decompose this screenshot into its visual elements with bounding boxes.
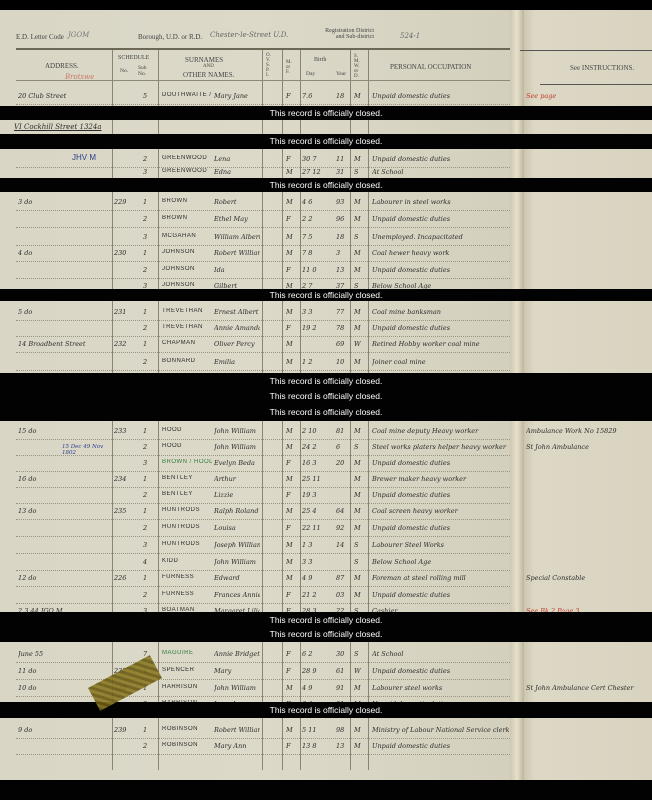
cell-ms: M bbox=[354, 459, 366, 467]
cell-day: 24 2 bbox=[302, 443, 332, 451]
closed-record-bar: This record is officially closed. bbox=[0, 178, 652, 192]
page-bottom-edge bbox=[0, 780, 652, 800]
row-rule bbox=[16, 370, 510, 371]
cell-sex: M bbox=[286, 558, 298, 566]
cell-ms: M bbox=[354, 684, 366, 692]
ed-letter-code-label: E.D. Letter Code bbox=[16, 33, 64, 41]
cell-note: See page bbox=[526, 92, 650, 100]
cell-ms: S bbox=[354, 443, 366, 451]
row-rule bbox=[16, 439, 510, 440]
cell-occ: Foreman at steel rolling mill bbox=[372, 574, 510, 582]
cell-ms: M bbox=[354, 358, 366, 366]
column-number-rule bbox=[16, 80, 510, 81]
cell-ms: M bbox=[354, 742, 366, 750]
cell-sex: F bbox=[286, 591, 298, 599]
row-rule bbox=[16, 503, 510, 504]
ed-letter-code-value: JGOM bbox=[68, 31, 89, 39]
grid-line bbox=[300, 50, 301, 90]
cell-surname: BENTLEY bbox=[162, 491, 212, 497]
cell-ms: M bbox=[354, 249, 366, 257]
table-row: 10 do2381HARRISONJohn WilliamM4 991MLabo… bbox=[0, 682, 510, 699]
cell-ms: M bbox=[354, 155, 366, 163]
instructions-rule bbox=[520, 50, 652, 51]
cell-year: 11 bbox=[336, 155, 350, 163]
col-occupation: PERSONAL OCCUPATION bbox=[390, 63, 471, 71]
cell-names: Ida bbox=[214, 266, 260, 274]
cell-surname: JOHNSON bbox=[162, 282, 212, 288]
cell-ms: M bbox=[354, 507, 366, 515]
table-row: 12 do2261FURNESSEdwardM4 987MForeman at … bbox=[0, 572, 510, 589]
closed-record-text: This record is officially closed. bbox=[0, 615, 652, 625]
cell-sub: 1 bbox=[143, 427, 155, 435]
cell-note: St John Ambulance bbox=[526, 443, 650, 451]
cell-surname: HOOD bbox=[162, 427, 212, 433]
cell-day: 13 8 bbox=[302, 742, 332, 750]
closed-record-text: This record is officially closed. bbox=[0, 290, 652, 300]
cell-surname: ROBINSON bbox=[162, 742, 212, 748]
cell-day: 25 11 bbox=[302, 475, 332, 483]
col-schedule: SCHEDULE bbox=[118, 55, 149, 61]
cell-year: 3 bbox=[336, 249, 350, 257]
cell-names: Lizzie bbox=[214, 491, 260, 499]
cell-year: 61 bbox=[336, 667, 350, 675]
cell-names: Frances Annie bbox=[214, 591, 260, 599]
cell-surname: GREENWOOD bbox=[162, 155, 212, 161]
cell-sex: M bbox=[286, 574, 298, 582]
cell-surname: DOUTHWAITE / RUTHERFORD bbox=[162, 92, 212, 98]
cell-ms: M bbox=[354, 266, 366, 274]
cell-day: 28 9 bbox=[302, 667, 332, 675]
cell-sex: F bbox=[286, 324, 298, 332]
cell-surname: FURNESS bbox=[162, 574, 212, 580]
cell-names: Mary Jane bbox=[214, 92, 260, 100]
table-row: 15 do2331HOODJohn WilliamM2 1081MCoal mi… bbox=[0, 425, 510, 442]
cell-sex: M bbox=[286, 443, 298, 451]
cell-sex: M bbox=[286, 475, 298, 483]
cell-names: Annie Bridget bbox=[214, 650, 260, 658]
closed-record-text: This record is officially closed. bbox=[0, 407, 652, 417]
cell-occ: Unpaid domestic duties bbox=[372, 215, 510, 223]
table-row: 3 do2291BROWNRobertM4 693MLabourer in st… bbox=[0, 196, 510, 213]
cell-sub: 3 bbox=[143, 168, 155, 176]
married-note: 15 Dec 49 Nov 1802 bbox=[62, 444, 112, 456]
cell-occ: Unpaid domestic duties bbox=[372, 459, 510, 467]
cell-names: Robert William bbox=[214, 249, 260, 257]
cell-sex: F bbox=[286, 92, 298, 100]
grid-line bbox=[158, 50, 159, 90]
table-row: 5 do2311TREVETHANErnest AlbertM3 377MCoa… bbox=[0, 306, 510, 323]
cell-sex: F bbox=[286, 742, 298, 750]
cell-occ: Unpaid domestic duties bbox=[372, 92, 510, 100]
cell-addr: 15 do bbox=[18, 427, 110, 435]
address-vi: VI Cockhill Street 1324a bbox=[14, 123, 102, 131]
cell-sub: 1 bbox=[143, 340, 155, 348]
cell-sub: 3 bbox=[143, 459, 155, 467]
cell-year: 6 bbox=[336, 443, 350, 451]
cell-year: 20 bbox=[336, 459, 350, 467]
cell-occ: Coal mine deputy Heavy worker bbox=[372, 427, 510, 435]
cell-year: 98 bbox=[336, 726, 350, 734]
table-row: 4 do2301JOHNSONRobert WilliamM7 83MCoal … bbox=[0, 247, 510, 264]
cell-ms: S bbox=[354, 541, 366, 549]
cell-names: William Albert bbox=[214, 233, 260, 241]
cell-names: John William bbox=[214, 558, 260, 566]
cell-sched: 226 bbox=[114, 574, 136, 582]
table-row: 4KIDDJohn WilliamM3 3SBelow School Age bbox=[0, 556, 510, 573]
row-rule bbox=[16, 662, 510, 663]
cell-occ: Unemployed. Incapacitated bbox=[372, 233, 510, 241]
cell-names: Annie Amanda bbox=[214, 324, 260, 332]
cell-occ: Steel works platers helper heavy worker bbox=[372, 443, 510, 451]
cell-surname: ROBINSON bbox=[162, 726, 212, 732]
cell-sub: 1 bbox=[143, 726, 155, 734]
cell-surname: BONNARD bbox=[162, 358, 212, 364]
cell-ms: M bbox=[354, 475, 366, 483]
row-rule bbox=[16, 227, 510, 228]
col-marital: S. M. W. or D. bbox=[354, 54, 361, 79]
grid-line bbox=[368, 50, 369, 90]
cell-names: Robert bbox=[214, 198, 260, 206]
table-row: 9 do2391ROBINSONRobert WilliamM5 1198MMi… bbox=[0, 724, 510, 741]
cell-surname: KIDD bbox=[162, 558, 212, 564]
row-rule bbox=[16, 245, 510, 246]
cell-surname: GREENWOOD bbox=[162, 168, 212, 174]
cell-sub: 1 bbox=[143, 249, 155, 257]
cell-sex: M bbox=[286, 340, 298, 348]
row-rule bbox=[16, 603, 510, 604]
cell-sub: 2 bbox=[143, 742, 155, 750]
cell-sched: 239 bbox=[114, 726, 136, 734]
row-rule bbox=[16, 570, 510, 571]
cell-ms: S bbox=[354, 233, 366, 241]
cell-day: 1 2 bbox=[302, 358, 332, 366]
row-rule bbox=[16, 278, 510, 279]
cell-sub: 1 bbox=[143, 507, 155, 515]
cell-occ: Labourer steel works bbox=[372, 684, 510, 692]
table-row: 13 do2351HUNTRODSRalph RolandM25 464MCoa… bbox=[0, 505, 510, 522]
cell-sex: F bbox=[286, 491, 298, 499]
cell-occ: At School bbox=[372, 650, 510, 658]
cell-sex: F bbox=[286, 459, 298, 467]
closed-record-bar: This record is officially closed. bbox=[0, 134, 652, 149]
cell-addr: 16 do bbox=[18, 475, 110, 483]
table-row: 3HUNTRODSJoseph WilliamM1 314SLabourer S… bbox=[0, 539, 510, 556]
cell-surname: BROWN bbox=[162, 198, 212, 204]
cell-sub: 2 bbox=[143, 491, 155, 499]
cell-sex: M bbox=[286, 198, 298, 206]
cell-names: Mary Ann bbox=[214, 742, 260, 750]
cell-sub: 5 bbox=[143, 92, 155, 100]
cell-sex: F bbox=[286, 524, 298, 532]
cell-year: 64 bbox=[336, 507, 350, 515]
cell-sub: 2 bbox=[143, 443, 155, 451]
cell-ms: M bbox=[354, 92, 366, 100]
grid-line bbox=[262, 50, 263, 90]
cell-day: 4 9 bbox=[302, 684, 332, 692]
table-row: 20 Club Street5DOUTHWAITE / RUTHERFORDMa… bbox=[0, 90, 510, 107]
cell-occ: Unpaid domestic duties bbox=[372, 524, 510, 532]
cell-ms: S bbox=[354, 168, 366, 176]
cell-addr: 13 do bbox=[18, 507, 110, 515]
closed-record-bar: This record is officially closed. bbox=[0, 106, 652, 120]
closed-record-bar: This record is officially closed. bbox=[0, 289, 652, 301]
cell-occ: At School bbox=[372, 168, 510, 176]
cell-sex: F bbox=[286, 155, 298, 163]
cell-occ: Unpaid domestic duties bbox=[372, 591, 510, 599]
col-sex: M. or F. bbox=[286, 60, 294, 75]
cell-names: Louisa bbox=[214, 524, 260, 532]
col-and: AND bbox=[203, 64, 214, 69]
cell-addr: 3 do bbox=[18, 198, 110, 206]
cell-day: 19 2 bbox=[302, 324, 332, 332]
cell-sub: 2 bbox=[143, 215, 155, 223]
row-rule bbox=[16, 696, 510, 697]
cell-day: 6 2 bbox=[302, 650, 332, 658]
cell-sched: 229 bbox=[114, 198, 136, 206]
row-rule bbox=[16, 679, 510, 680]
cell-sched: 234 bbox=[114, 475, 136, 483]
cell-day: 22 11 bbox=[302, 524, 332, 532]
cell-ms: M bbox=[354, 574, 366, 582]
col-instructions: See INSTRUCTIONS. bbox=[570, 64, 634, 72]
jhv-annotation: JHV M bbox=[72, 153, 96, 162]
cell-sub: 1 bbox=[143, 308, 155, 316]
row-rule bbox=[16, 210, 510, 211]
cell-year: 77 bbox=[336, 308, 350, 316]
cell-day: 2 2 bbox=[302, 215, 332, 223]
col-schedule-no: No. bbox=[120, 68, 128, 74]
cell-year: 69 bbox=[336, 340, 350, 348]
cell-occ: Retired Hobby worker coal mine bbox=[372, 340, 510, 348]
cell-sub: 2 bbox=[143, 524, 155, 532]
cell-occ: Unpaid domestic duties bbox=[372, 742, 510, 750]
cell-names: Edna bbox=[214, 168, 260, 176]
row-rule bbox=[16, 754, 510, 755]
grid-line bbox=[112, 50, 113, 90]
cell-names: Edward bbox=[214, 574, 260, 582]
cell-addr: 5 do bbox=[18, 308, 110, 316]
cell-ms: M bbox=[354, 591, 366, 599]
cell-addr: 4 do bbox=[18, 249, 110, 257]
cell-day: 5 11 bbox=[302, 726, 332, 734]
cell-sub: 2 bbox=[143, 155, 155, 163]
col-surnames: SURNAMES bbox=[185, 56, 223, 64]
cell-addr: June 55 bbox=[18, 650, 110, 658]
cell-ms: M bbox=[354, 308, 366, 316]
cell-day: 2 10 bbox=[302, 427, 332, 435]
row-rule bbox=[16, 553, 510, 554]
cell-surname: BENTLEY bbox=[162, 475, 212, 481]
cell-ms: M bbox=[354, 198, 366, 206]
col-schedule-sub: Sub No. bbox=[138, 65, 150, 77]
instructions-rule bbox=[540, 84, 652, 85]
cell-year: 13 bbox=[336, 266, 350, 274]
cell-surname: FURNESS bbox=[162, 591, 212, 597]
cell-surname: HUNTRODS bbox=[162, 507, 212, 513]
cell-year: 13 bbox=[336, 742, 350, 750]
cell-names: John William bbox=[214, 427, 260, 435]
cell-sex: M bbox=[286, 233, 298, 241]
cell-day: 1 3 bbox=[302, 541, 332, 549]
cell-sub: 2 bbox=[143, 591, 155, 599]
cell-sex: M bbox=[286, 168, 298, 176]
cell-sex: M bbox=[286, 684, 298, 692]
cell-names: Mary bbox=[214, 667, 260, 675]
closed-record-bar: This record is officially closed. This r… bbox=[0, 373, 652, 421]
cell-names: Robert William bbox=[214, 726, 260, 734]
cell-sched: 232 bbox=[114, 340, 136, 348]
closed-record-text: This record is officially closed. bbox=[0, 376, 652, 386]
cell-surname: BROWN / HOOD bbox=[162, 459, 212, 465]
cell-names: Ralph Roland bbox=[214, 507, 260, 515]
row-rule bbox=[16, 586, 510, 587]
cell-year: 93 bbox=[336, 198, 350, 206]
cell-occ: Labourer in steel works bbox=[372, 198, 510, 206]
cell-sub: 2 bbox=[143, 358, 155, 366]
row-rule bbox=[16, 336, 510, 337]
cell-day: 21 2 bbox=[302, 591, 332, 599]
row-rule bbox=[16, 738, 510, 739]
row-rule bbox=[16, 261, 510, 262]
grid-line bbox=[350, 50, 351, 90]
cell-year: 87 bbox=[336, 574, 350, 582]
cell-day: 4 9 bbox=[302, 574, 332, 582]
cell-sex: M bbox=[286, 507, 298, 515]
cell-day: 19 3 bbox=[302, 491, 332, 499]
cell-sched: 235 bbox=[114, 507, 136, 515]
cell-names: Oliver Percy bbox=[214, 340, 260, 348]
cell-surname: TREVETHAN bbox=[162, 324, 212, 330]
cell-day: 25 4 bbox=[302, 507, 332, 515]
reg-district-label: Registration District and Sub-district bbox=[318, 28, 374, 40]
col-address: ADDRESS. bbox=[45, 62, 79, 70]
cell-ms: M bbox=[354, 427, 366, 435]
cell-surname: CHAPMAN bbox=[162, 340, 212, 346]
cell-ms: M bbox=[354, 726, 366, 734]
cell-note: Special Constable bbox=[526, 574, 650, 582]
cell-year: 31 bbox=[336, 168, 350, 176]
cell-year: 03 bbox=[336, 591, 350, 599]
cell-day: 7.6 bbox=[302, 92, 332, 100]
cell-sub: 1 bbox=[143, 475, 155, 483]
cell-addr: 20 Club Street bbox=[18, 92, 110, 100]
cell-sub: 2 bbox=[143, 324, 155, 332]
borough-label: Borough, U.D. or R.D. bbox=[138, 33, 202, 41]
cell-ms: S bbox=[354, 558, 366, 566]
cell-sex: M bbox=[286, 308, 298, 316]
table-row: 2FURNESSFrances AnnieF21 203MUnpaid dome… bbox=[0, 589, 510, 606]
cell-ms: W bbox=[354, 667, 366, 675]
table-row: 2BONNARDEmiliaM1 210MJoiner coal mine bbox=[0, 356, 510, 373]
cell-occ: Labourer Steel Works bbox=[372, 541, 510, 549]
col-other-names: OTHER NAMES. bbox=[183, 71, 234, 79]
header-rule bbox=[16, 48, 510, 50]
closed-record-text: This record is officially closed. bbox=[0, 180, 652, 190]
cell-names: Joseph William bbox=[214, 541, 260, 549]
cell-note: St John Ambulance Cert Chester bbox=[526, 684, 650, 692]
col-birth-year: Year bbox=[336, 71, 346, 77]
table-row: 2BENTLEYLizzieF19 3MUnpaid domestic duti… bbox=[0, 489, 510, 506]
cell-day: 3 3 bbox=[302, 308, 332, 316]
closed-record-text: This record is officially closed. bbox=[0, 629, 652, 639]
cell-sex: M bbox=[286, 541, 298, 549]
cell-names: John William bbox=[214, 443, 260, 451]
col-birth: Birth bbox=[314, 57, 326, 63]
row-rule bbox=[16, 352, 510, 353]
cell-surname: BROWN bbox=[162, 215, 212, 221]
cell-occ: Joiner coal mine bbox=[372, 358, 510, 366]
table-row: 2HUNTRODSLouisaF22 1192MUnpaid domestic … bbox=[0, 522, 510, 539]
cell-sex: M bbox=[286, 726, 298, 734]
cell-occ: Coal screen heavy worker bbox=[372, 507, 510, 515]
cell-year: 18 bbox=[336, 92, 350, 100]
cell-addr: 11 do bbox=[18, 667, 110, 675]
cell-surname: MAGUIRE bbox=[162, 650, 212, 656]
table-row: 14 Broadbent Street2321CHAPMANOliver Per… bbox=[0, 338, 510, 355]
cell-sched: 231 bbox=[114, 308, 136, 316]
cell-sex: F bbox=[286, 215, 298, 223]
cell-addr: 9 do bbox=[18, 726, 110, 734]
closed-record-text: This record is officially closed. bbox=[0, 391, 652, 401]
row-rule bbox=[16, 487, 510, 488]
cell-ms: M bbox=[354, 524, 366, 532]
cell-surname: HARRISON bbox=[162, 684, 212, 690]
table-row: 2JOHNSONIdaF11 013MUnpaid domestic dutie… bbox=[0, 264, 510, 281]
cell-year: 10 bbox=[336, 358, 350, 366]
cell-day: 30 7 bbox=[302, 155, 332, 163]
cell-ms: S bbox=[354, 650, 366, 658]
cell-sub: 3 bbox=[143, 541, 155, 549]
cell-year: 78 bbox=[336, 324, 350, 332]
cell-addr: 14 Broadbent Street bbox=[18, 340, 110, 348]
cell-sex: M bbox=[286, 358, 298, 366]
cell-year: 91 bbox=[336, 684, 350, 692]
row-rule bbox=[16, 471, 510, 472]
table-row: 2ROBINSONMary AnnF13 813MUnpaid domestic… bbox=[0, 740, 510, 757]
table-row: 3BROWN / HOODEvelyn BedaF16 320MUnpaid d… bbox=[0, 457, 510, 474]
cell-surname: HUNTRODS bbox=[162, 541, 212, 547]
cell-year: 92 bbox=[336, 524, 350, 532]
closed-record-text: This record is officially closed. bbox=[0, 136, 652, 146]
table-row: 3MCGAHANWilliam AlbertM7 518SUnemployed.… bbox=[0, 231, 510, 248]
cell-day: 7 8 bbox=[302, 249, 332, 257]
cell-occ: Brewer maker heavy worker bbox=[372, 475, 510, 483]
cell-occ: Unpaid domestic duties bbox=[372, 266, 510, 274]
cell-occ: Coal hewer heavy work bbox=[372, 249, 510, 257]
reg-district-value: 524-1 bbox=[400, 32, 420, 40]
cell-sub: 4 bbox=[143, 558, 155, 566]
cell-ms: M bbox=[354, 324, 366, 332]
cell-day: 11 0 bbox=[302, 266, 332, 274]
cell-occ: Ministry of Labour National Service cler… bbox=[372, 726, 510, 734]
row-rule bbox=[16, 519, 510, 520]
cell-year: 18 bbox=[336, 233, 350, 241]
table-row: June 557MAGUIREAnnie BridgetF6 230SAt Sc… bbox=[0, 648, 510, 665]
cell-year: 30 bbox=[336, 650, 350, 658]
cell-occ: Unpaid domestic duties bbox=[372, 324, 510, 332]
cell-ms: M bbox=[354, 491, 366, 499]
cell-names: Emilia bbox=[214, 358, 260, 366]
cell-surname: JOHNSON bbox=[162, 249, 212, 255]
cell-day: 3 3 bbox=[302, 558, 332, 566]
cell-day: 7 5 bbox=[302, 233, 332, 241]
cell-year: 14 bbox=[336, 541, 350, 549]
cell-addr: 12 do bbox=[18, 574, 110, 582]
table-row: 2TREVETHANAnnie AmandaF19 278MUnpaid dom… bbox=[0, 322, 510, 339]
cell-note: Ambulance Work No 15829 bbox=[526, 427, 650, 435]
cell-sub: 1 bbox=[143, 574, 155, 582]
cell-names: John William bbox=[214, 684, 260, 692]
